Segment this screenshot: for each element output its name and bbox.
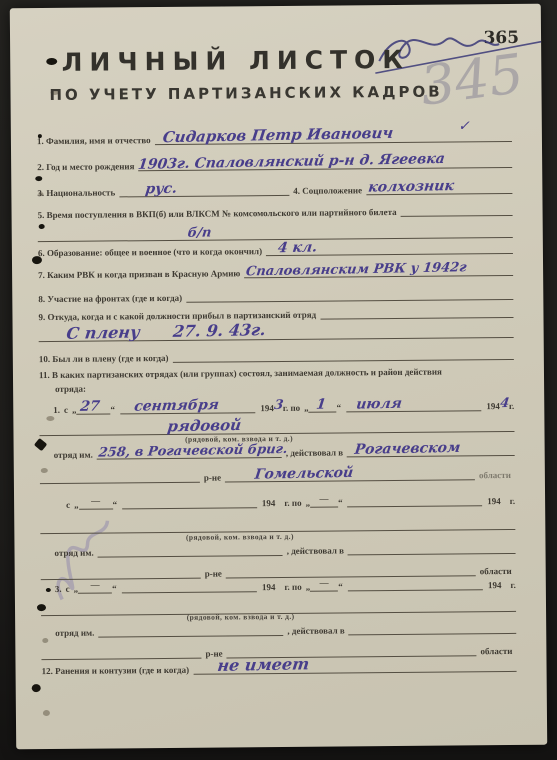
to-month-line: [347, 492, 482, 507]
field-4-value: колхозник: [367, 179, 454, 195]
field-1-label: 1. Фамилия, имя и отчество: [37, 135, 155, 146]
print-dash: —: [320, 578, 329, 588]
speck: [46, 588, 51, 592]
entry-2-dates: с „ — “ 194 г. по „ — “ 194 г.: [66, 492, 515, 510]
close-quote: “: [338, 497, 343, 507]
print-deystvoval: , действовал в: [283, 625, 348, 636]
field-2-label: 2. Год и место рождения: [37, 161, 138, 172]
entry-num: 1.: [53, 405, 64, 415]
field-11-label-line2: отряда:: [55, 384, 86, 394]
field-12-value: не имеет: [216, 656, 310, 674]
hole-punch: [32, 684, 41, 692]
acted-line: [349, 620, 517, 635]
print-otryad-im: отряд им.: [55, 628, 98, 638]
print-dash: —: [319, 494, 328, 504]
smudge: [42, 638, 48, 643]
to-day-box: —: [310, 577, 338, 591]
field-6-line: 4 кл.: [266, 240, 513, 256]
unit-line: 258, в Рогачевской бриг.: [97, 444, 282, 460]
field-10: 10. Был ли в плену (где и когда): [39, 346, 514, 364]
field-10-line: [172, 346, 513, 363]
close-quote: “: [112, 583, 117, 593]
print-s: с: [64, 405, 72, 415]
field-3-4: 3. Национальность рус. 4. Соцположение к…: [37, 180, 512, 198]
from-month-line: [122, 578, 257, 593]
to-day-box: —: [310, 493, 338, 507]
close-quote: “: [110, 404, 115, 414]
from-day-box: 27: [76, 400, 110, 414]
print-g: г.: [509, 401, 514, 411]
field-3-line: рус.: [119, 182, 289, 197]
print-g: г.: [510, 496, 515, 506]
field-4-line: колхозник: [366, 180, 512, 195]
hole-punch: [34, 438, 47, 451]
field-4-label: 4. Соцположение: [289, 185, 366, 196]
field-11-heading2: отряда:: [55, 380, 514, 394]
print-dash: —: [91, 496, 100, 506]
field-5-line: [401, 202, 513, 217]
unit-value: 258, в Рогачевской бриг.: [98, 443, 288, 460]
print-g: г.: [510, 580, 515, 590]
field-9-line2: С плену 27. 9. 43г.: [39, 324, 514, 342]
field-2: 2. Год и место рождения 1903г. Спаловлян…: [37, 154, 512, 172]
entry-1-dates: 1. с „ 27 “ сентября 194 3 г. по „ 1 “ и…: [53, 396, 514, 415]
entry-2-unit: отряд им. , действовал в: [54, 540, 515, 558]
field-2-value: 1903г. Спаловлянский р-н д. Ягеевка: [137, 152, 446, 172]
print-s: с: [66, 584, 74, 594]
close-quote: “: [113, 499, 118, 509]
field-8: 8. Участие на фронтах (где и когда): [38, 286, 513, 304]
print-otryad-im: отряд им.: [54, 450, 97, 460]
district-value: Гомельской: [254, 466, 354, 482]
print-deystvoval: , действовал в: [283, 545, 348, 556]
close-quote: “: [337, 402, 342, 412]
form-subtitle: ПО УЧЕТУ ПАРТИЗАНСКИХ КАДРОВ: [10, 82, 481, 104]
from-day-box: —: [79, 495, 113, 509]
field-7: 7. Каким РВК и когда призван в Красную А…: [38, 262, 513, 280]
year-prefix: 194: [488, 580, 502, 590]
field-10-label: 10. Был ли в плену (где и когда): [39, 353, 173, 364]
entry-num: 3.: [55, 584, 66, 594]
entry-3-dates: 3. с „ — “ 194 г. по „ — “ 194 г.: [55, 576, 516, 594]
field-5-continuation: б/п: [38, 224, 513, 242]
close-quote: “: [338, 581, 343, 591]
field-7-label: 7. Каким РВК и когда призван в Красную А…: [38, 268, 244, 280]
field-1-line: Сидарков Петр Иванович: [155, 128, 512, 145]
speck: [35, 176, 42, 181]
from-year-digit: 3: [273, 398, 284, 413]
print-dash: —: [91, 580, 100, 590]
year-prefix: 194: [262, 582, 276, 592]
lead-line: [41, 565, 201, 580]
entry-1-district: р-не Гомельской области: [40, 466, 515, 484]
field-1-value: Сидарков Петр Иванович: [162, 126, 394, 145]
to-year-digit: 4: [499, 396, 510, 411]
to-month-line: июля: [346, 397, 481, 412]
field-9-label: 9. Откуда, когда и с какой должности при…: [38, 310, 320, 322]
entry-1-unit: отряд им. 258, в Рогачевской бриг. , дей…: [54, 442, 515, 460]
print-g-po: г. по: [284, 582, 305, 592]
field-12: 12. Ранения и контузии (где и когда) не …: [41, 658, 516, 676]
field-9-value: С плену 27. 9. 43г.: [66, 322, 267, 342]
print-rne: р-не: [201, 568, 226, 578]
from-day-box: —: [78, 579, 112, 593]
print-oblast: области: [475, 470, 515, 480]
field-3-label: 3. Национальность: [37, 187, 119, 198]
from-month-line: [122, 494, 257, 509]
smudge: [43, 710, 50, 716]
field-5-value: б/п: [187, 226, 212, 239]
field-5-label: 5. Время поступления в ВКП(б) или ВЛКСМ …: [38, 207, 401, 220]
lead-line: [41, 645, 201, 660]
lead-line: [40, 469, 200, 484]
to-day: 1: [316, 398, 327, 412]
to-month: июля: [355, 397, 402, 412]
acted-value: Рогачевском: [354, 441, 461, 457]
position-value: рядовой: [166, 418, 242, 434]
to-day-box: 1: [309, 398, 337, 412]
field-5: 5. Время поступления в ВКП(б) или ВЛКСМ …: [38, 202, 513, 220]
entry-3-unit: отряд им. , действовал в: [55, 620, 516, 638]
field-9-continuation: С плену 27. 9. 43г.: [39, 324, 514, 342]
scan-background: 365 345 ✓ ЛИЧНЫЙ ЛИСТОК ПО УЧЕТУ ПАРТИЗА: [0, 0, 557, 760]
acted-line: [348, 540, 516, 555]
paper: 365 345 ✓ ЛИЧНЫЙ ЛИСТОК ПО УЧЕТУ ПАРТИЗА: [10, 4, 547, 750]
print-g-po: г. по: [284, 498, 305, 508]
field-1: 1. Фамилия, имя и отчество Сидарков Петр…: [37, 128, 512, 146]
field-12-line: не имеет: [193, 658, 517, 675]
field-8-line: [186, 286, 513, 303]
year-prefix: 194: [260, 403, 274, 413]
unit-line: [98, 542, 283, 558]
year-prefix: 194: [486, 401, 500, 411]
acted-line: Рогачевском: [347, 442, 515, 457]
field-3-value: рус.: [144, 182, 177, 197]
print-otryad-im: отряд им.: [54, 548, 97, 558]
print-deystvoval: , действовал в: [282, 447, 347, 458]
field-7-line: Спаловлянским РВК у 1942г: [244, 262, 513, 278]
field-6: 6. Образование: общее и военное (что и к…: [38, 240, 513, 258]
field-7-value: Спаловлянским РВК у 1942г: [245, 261, 467, 278]
smudge: [46, 416, 54, 421]
field-2-line: 1903г. Спаловлянский р-н д. Ягеевка: [138, 154, 512, 171]
print-s: с: [66, 500, 74, 510]
print-g-po: г. по: [283, 403, 304, 413]
field-9: 9. Откуда, когда и с какой должности при…: [38, 304, 513, 322]
form-title: ЛИЧНЫЙ ЛИСТОК: [10, 44, 461, 77]
print-rne: р-не: [200, 472, 225, 482]
print-oblast: области: [476, 566, 516, 576]
print-oblast: области: [476, 646, 516, 656]
field-9-line: [320, 304, 513, 320]
field-5-line2: б/п: [38, 224, 513, 242]
field-6-value: 4 кл.: [277, 240, 318, 255]
from-day: 27: [80, 399, 101, 413]
field-11-heading: 11. В каких партизанских отрядах (или гр…: [39, 366, 514, 380]
from-month-line: сентября: [120, 399, 255, 414]
year-prefix: 194: [262, 498, 276, 508]
field-8-label: 8. Участие на фронтах (где и когда): [38, 293, 186, 304]
field-6-label: 6. Образование: общее и военное (что и к…: [38, 246, 266, 258]
unit-line: [98, 622, 283, 638]
year-prefix: 194: [487, 496, 501, 506]
field-12-label: 12. Ранения и контузии (где и когда): [42, 665, 194, 676]
to-month-line: [348, 576, 483, 591]
field-11-label-line1: 11. В каких партизанских отрядах (или гр…: [39, 367, 442, 381]
from-month: сентября: [133, 398, 219, 414]
district-line: Гомельской: [225, 466, 475, 482]
